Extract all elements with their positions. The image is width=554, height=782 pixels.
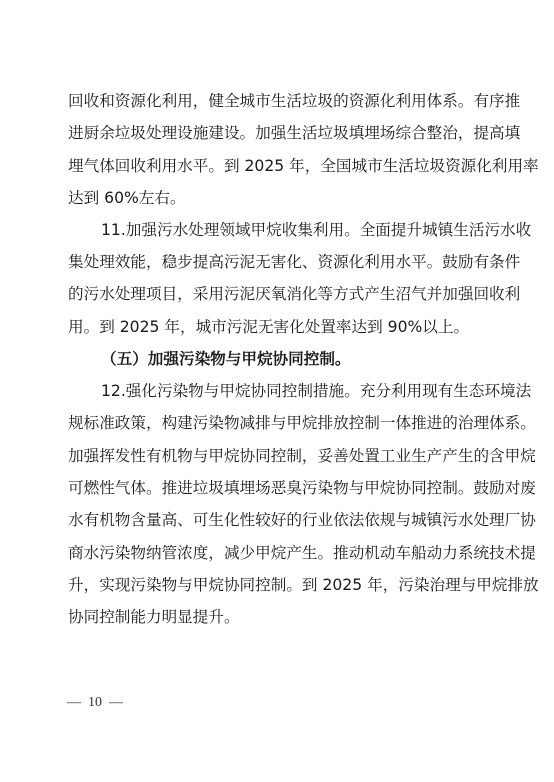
paragraph-line: 用。到 2025 年，城市污泥无害化处置率达到 90%以上。 (68, 315, 482, 339)
paragraph-line: 商水污染物纳管浓度，减少甲烷产生。推动机动车船动力系统技术提 (68, 541, 482, 565)
paragraph-line: 升，实现污染物与甲烷协同控制。到 2025 年，污染治理与甲烷排放 (68, 573, 482, 597)
section-heading: （五）加强污染物与甲烷协同控制。 (101, 347, 351, 371)
paragraph-line: 达到 60%左右。 (68, 186, 482, 210)
item-11-first-line: 11.加强污水处理领域甲烷收集利用。全面提升城镇生活污水收 (101, 218, 482, 242)
paragraph-line: 埋气体回收利用水平。到 2025 年，全国城市生活垃圾资源化利用率 (68, 154, 482, 178)
paragraph-line: 的污水处理项目，采用污泥厌氧消化等方式产生沼气并加强回收利 (68, 282, 482, 306)
paragraph-line: 集处理效能，稳步提高污泥无害化、资源化利用水平。鼓励有条件 (68, 250, 482, 274)
item-12-first-line: 12.强化污染物与甲烷协同控制措施。充分利用现有生态环境法 (101, 379, 482, 403)
paragraph-line: 回收和资源化利用，健全城市生活垃圾的资源化利用体系。有序推 (68, 89, 482, 113)
paragraph-line: 协同控制能力明显提升。 (68, 605, 482, 629)
paragraph-line: 进厨余垃圾处理设施建设。加强生活垃圾填埋场综合整治，提高填 (68, 121, 482, 145)
paragraph-line: 可燃性气体。推进垃圾填埋场恶臭污染物与甲烷协同控制。鼓励对废 (68, 476, 482, 500)
page-number: — 10 — (67, 693, 123, 713)
paragraph-line: 加强挥发性有机物与甲烷协同控制，妥善处置工业生产产生的含甲烷 (68, 444, 482, 468)
paragraph-line: 规标准政策，构建污染物减排与甲烷排放控制一体推进的治理体系。 (68, 411, 482, 435)
paragraph-line: 水有机物含量高、可生化性较好的行业依法依规与城镇污水处理厂协 (68, 508, 482, 532)
document-page: 回收和资源化利用，健全城市生活垃圾的资源化利用体系。有序推 进厨余垃圾处理设施建… (0, 0, 554, 782)
